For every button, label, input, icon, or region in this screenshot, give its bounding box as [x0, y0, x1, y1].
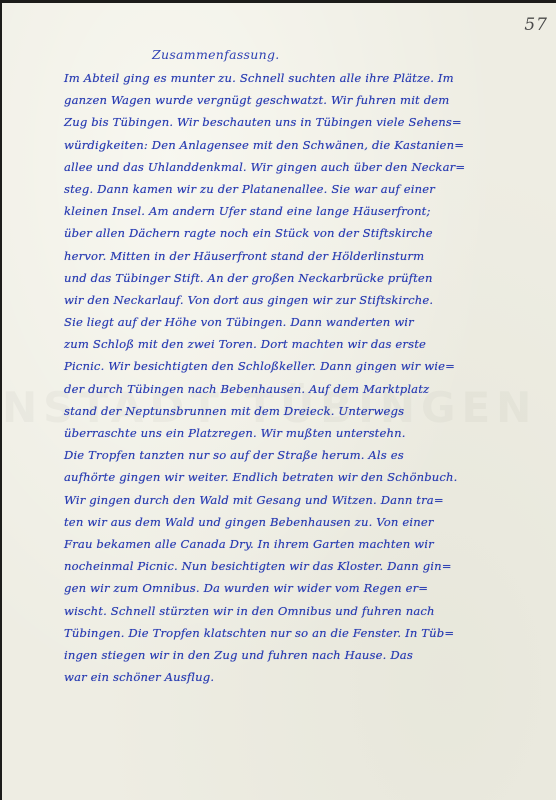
text-line: Zug bis Tübingen. Wir beschauten uns in … — [64, 111, 504, 133]
text-line: Die Tropfen tanzten nur so auf der Straß… — [64, 444, 504, 466]
text-line: allee und das Uhlanddenkmal. Wir gingen … — [64, 156, 504, 178]
handwritten-text-body: Im Abteil ging es munter zu. Schnell suc… — [64, 67, 504, 688]
page-number: 57 — [524, 15, 548, 35]
text-line: steg. Dann kamen wir zu der Platanenalle… — [64, 178, 504, 200]
text-line: Tübingen. Die Tropfen klatschten nur so … — [64, 622, 504, 644]
text-line: zum Schloß mit den zwei Toren. Dort mach… — [64, 333, 504, 355]
text-line: Picnic. Wir besichtigten den Schloßkelle… — [64, 355, 504, 377]
text-line: gen wir zum Omnibus. Da wurden wir wider… — [64, 577, 504, 599]
text-line: ganzen Wagen wurde vergnügt geschwatzt. … — [64, 89, 504, 111]
text-line: Im Abteil ging es munter zu. Schnell suc… — [64, 67, 504, 89]
text-line: Sie liegt auf der Höhe von Tübingen. Dan… — [64, 311, 504, 333]
text-line: aufhörte gingen wir weiter. Endlich betr… — [64, 466, 504, 488]
text-line: wischt. Schnell stürzten wir in den Omni… — [64, 600, 504, 622]
text-line: wir den Neckarlauf. Von dort aus gingen … — [64, 289, 504, 311]
text-line: nocheinmal Picnic. Nun besichtigten wir … — [64, 555, 504, 577]
text-line: war ein schöner Ausflug. — [64, 666, 504, 688]
text-line: über allen Dächern ragte noch ein Stück … — [64, 222, 504, 244]
text-line: der durch Tübingen nach Bebenhausen. Auf… — [64, 378, 504, 400]
text-line: hervor. Mitten in der Häuserfront stand … — [64, 245, 504, 267]
text-line: stand der Neptunsbrunnen mit dem Dreieck… — [64, 400, 504, 422]
text-line: Wir gingen durch den Wald mit Gesang und… — [64, 489, 504, 511]
text-line: und das Tübinger Stift. An der großen Ne… — [64, 267, 504, 289]
text-line: Frau bekamen alle Canada Dry. In ihrem G… — [64, 533, 504, 555]
text-line: kleinen Insel. Am andern Ufer stand eine… — [64, 200, 504, 222]
text-line: ten wir aus dem Wald und gingen Bebenhau… — [64, 511, 504, 533]
text-line: ingen stiegen wir in den Zug und fuhren … — [64, 644, 504, 666]
handwritten-page: NSTADT TÜBINGEN 57 Zusammenfassung. Im A… — [2, 3, 556, 800]
text-line: würdigkeiten: Den Anlagensee mit den Sch… — [64, 134, 504, 156]
page-title: Zusammenfassung. — [152, 47, 280, 62]
text-line: überraschte uns ein Platzregen. Wir mußt… — [64, 422, 504, 444]
